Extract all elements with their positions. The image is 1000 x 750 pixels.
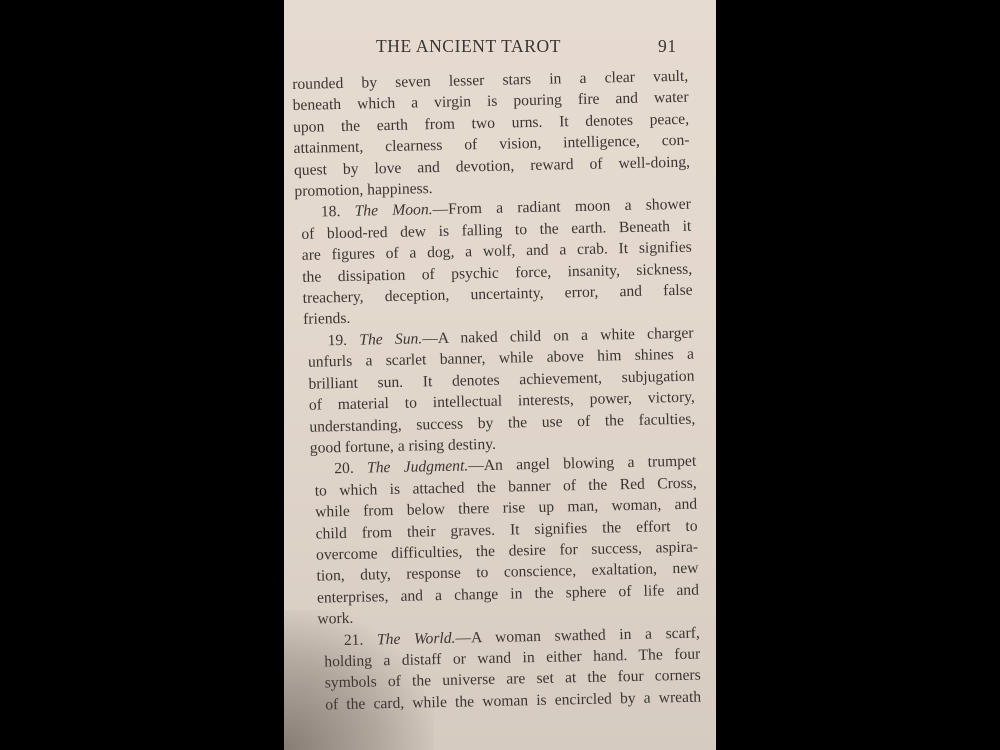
- entry-the-moon: 18. The Moon.—From a radiant moon a show…: [301, 194, 694, 331]
- entry-number: 19.: [327, 332, 347, 349]
- entry-first-line: —An angel blowing a trumpet: [468, 453, 696, 475]
- book-page: THE ANCIENT TAROT 91 rounded by seven le…: [284, 0, 716, 750]
- entry-the-sun: 19. The Sun.—A naked child on a white ch…: [307, 323, 696, 459]
- entry-first-line: —From a radiant moon a shower: [432, 196, 691, 218]
- entry-title: The Moon.: [354, 202, 432, 221]
- entry-number: 18.: [321, 203, 341, 220]
- running-head-title: THE ANCIENT TAROT: [376, 36, 561, 57]
- page-number: 91: [658, 36, 677, 57]
- entry-title: The Sun.: [359, 330, 422, 348]
- entry-title: The World.: [377, 629, 456, 648]
- entry-title: The Judgment.: [367, 458, 469, 477]
- continuation-paragraph: rounded by seven lesser stars in a clear…: [292, 66, 691, 203]
- entry-the-judgment: 20. The Judgment.—An angel blowing a tru…: [314, 451, 700, 630]
- entry-number: 21.: [344, 631, 364, 648]
- body-text: rounded by seven lesser stars in a clear…: [292, 66, 701, 716]
- entry-number: 20.: [334, 460, 354, 477]
- running-head: THE ANCIENT TAROT 91: [376, 36, 676, 57]
- entry-the-world: 21. The World.—A woman swathed in a scar…: [324, 622, 702, 715]
- entry-first-line: —A woman swathed in a scarf,: [455, 624, 700, 646]
